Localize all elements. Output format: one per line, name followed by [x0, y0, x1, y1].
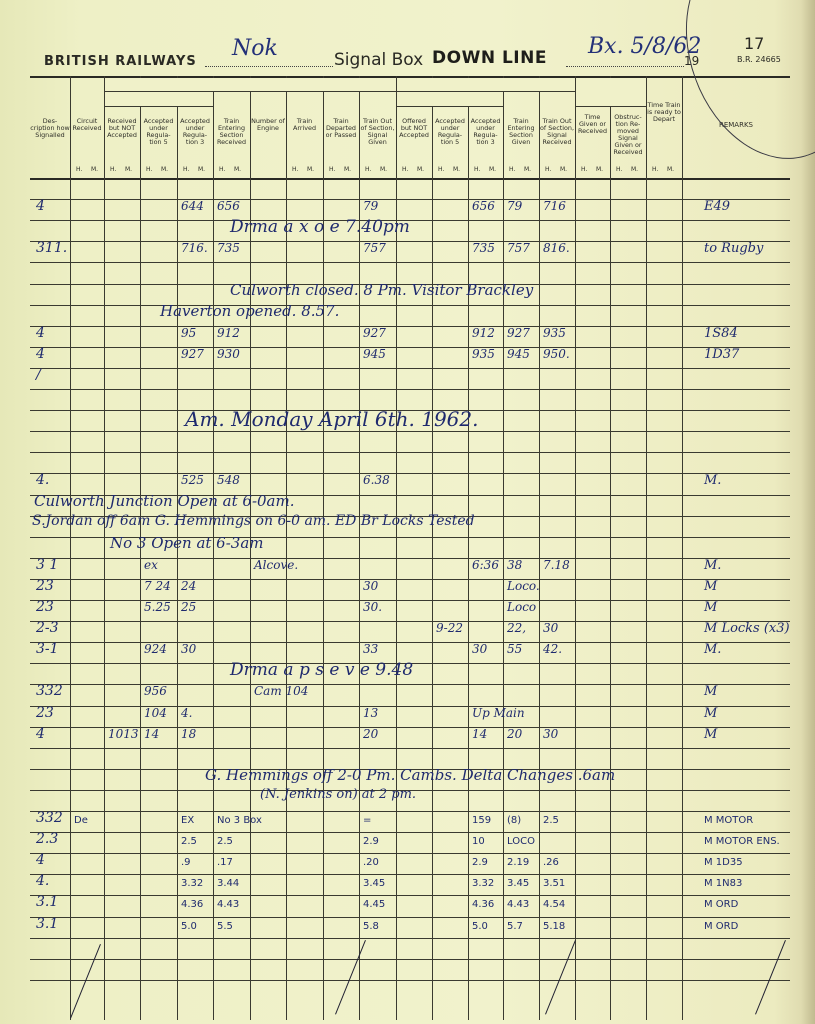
cell-remarks: M. [704, 642, 721, 657]
cancel-stroke [545, 940, 576, 1015]
cell-adv_out: .26 [543, 857, 559, 868]
cell-rear_entering: 912 [217, 326, 240, 340]
cell-rear_acc_reg3: 30 [181, 642, 196, 656]
cell-remarks: M MOTOR ENS. [704, 836, 780, 847]
cell-adv_entering: 5.7 [507, 921, 523, 932]
row-rule [30, 811, 790, 812]
cell-rear_recv_not_acc: 1013 [108, 727, 139, 741]
hour-label: H. [438, 166, 444, 173]
cell-rear_acc_reg3: 644 [181, 199, 204, 213]
cell-remarks: 1D37 [704, 347, 739, 362]
cell-adv_out: 716 [543, 199, 566, 213]
cell-rear_out: 945 [363, 347, 386, 361]
row-description: 4. [36, 472, 49, 488]
cell-remarks: M 1N83 [704, 878, 742, 889]
cell-adv_entering: 22, [507, 621, 526, 635]
cell-adv_entering: 79 [507, 199, 522, 213]
row-rule [30, 347, 790, 348]
stamp-arc-mark [657, 0, 815, 183]
column-header-adv_acc_reg3: Accepted under Regula- tion 3 [468, 118, 503, 146]
row-description: 23 [36, 599, 54, 615]
cell-adv_acc_reg3: 6:36 [472, 558, 499, 572]
cell-adv_out: 935 [543, 326, 566, 340]
row-description: 4 [36, 726, 45, 742]
minute-label: M. [560, 166, 567, 173]
row-description: 3.1 [36, 916, 58, 932]
cell-adv_entering: 20 [507, 727, 522, 741]
handwritten-note: S.Jordan off 6am G. Hemmings on 6-0 am. … [32, 513, 475, 529]
column-header-engine_no: Number of Engine [250, 118, 286, 132]
minute-label: M. [631, 166, 638, 173]
handwritten-note: Haverton opened. 8.57. [160, 302, 339, 320]
cell-rear_acc_reg5: 104 [144, 706, 167, 720]
row-rule [30, 621, 790, 622]
cell-rear_acc_reg3: 95 [181, 326, 196, 340]
cell-rear_entering: 656 [217, 199, 240, 213]
cell-adv_entering: 927 [507, 326, 530, 340]
cell-engine_no: Cam 104 [254, 684, 308, 698]
hour-label: H. [110, 166, 116, 173]
handwritten-note: Am. Monday April 6th. 1962. [185, 407, 478, 431]
column-divider [503, 76, 504, 1020]
cell-rear_entering: .17 [217, 857, 233, 868]
block-back-rule [575, 106, 646, 107]
cell-adv_acc_reg3: 10 [472, 836, 485, 847]
column-header-adv_entering: Train Entering Section Given [503, 118, 539, 146]
hour-label: H. [581, 166, 587, 173]
column-header-rear_entering: Train Entering Section Received [213, 118, 250, 146]
cell-adv_entering: 55 [507, 642, 522, 656]
cell-rear_acc_reg3: 3.32 [181, 878, 203, 889]
hour-label: H. [652, 166, 658, 173]
row-rule [30, 431, 790, 432]
signal-box-register-page: BRITISH RAILWAYS Nok Signal Box DOWN LIN… [0, 0, 815, 1024]
cell-rear_out: 20 [363, 727, 378, 741]
cell-adv_out: 30 [543, 727, 558, 741]
hour-label: H. [402, 166, 408, 173]
cell-adv_acc_reg3: 2.9 [472, 857, 488, 868]
column-header-bb_time: Time Given or Received [575, 114, 610, 135]
minute-label: M. [667, 166, 674, 173]
cell-rear_acc_reg5: ex [144, 558, 158, 572]
hour-label: H. [545, 166, 551, 173]
cell-rear_acc_reg3: 5.0 [181, 921, 197, 932]
row-description: 4 [36, 325, 45, 341]
cancel-stroke [755, 940, 786, 1015]
row-rule [30, 853, 790, 854]
cell-remarks: M 1D35 [704, 857, 743, 868]
cell-adv_acc_reg3: 30 [472, 642, 487, 656]
cell-adv_entering: 4.43 [507, 899, 529, 910]
cell-rear_entering: 2.5 [217, 836, 233, 847]
cell-adv_entering: LOCO [507, 836, 535, 847]
row-description: / [36, 367, 41, 383]
column-divider [468, 76, 469, 1020]
row-description: 3-1 [36, 641, 59, 657]
row-description: 332 [36, 683, 63, 699]
cell-rear_acc_reg3: EX [181, 815, 194, 826]
cell-rear_out: 6.38 [363, 473, 390, 487]
cell-remarks: M [704, 579, 717, 594]
column-divider [539, 76, 540, 1020]
row-rule [30, 241, 790, 242]
row-rule [30, 326, 790, 327]
cell-rear_out: 30. [363, 600, 382, 614]
header-span-patch [397, 78, 575, 91]
cell-adv_entering: 2.19 [507, 857, 529, 868]
column-header-rear_out: Train Out of Section, Signal Given [359, 118, 396, 146]
hour-label: H. [76, 166, 82, 173]
minute-label: M. [125, 166, 132, 173]
row-rule [30, 199, 790, 200]
minute-label: M. [91, 166, 98, 173]
row-rule [30, 262, 790, 263]
cell-remarks: M [704, 600, 717, 615]
cell-rear_entering: 735 [217, 241, 240, 255]
header-span-patch [105, 78, 396, 91]
row-rule [30, 917, 790, 918]
signal-box-name-handwritten: Nok [232, 36, 278, 61]
minute-label: M. [198, 166, 205, 173]
handwritten-note: Drma a x o e 7.40pm [230, 217, 410, 237]
row-rule [30, 895, 790, 896]
hour-label: H. [146, 166, 152, 173]
row-rule [30, 874, 790, 875]
cell-rear_entering: 930 [217, 347, 240, 361]
cell-rear_out: 4.45 [363, 899, 385, 910]
column-divider [610, 76, 611, 1020]
minute-label: M. [417, 166, 424, 173]
handwritten-note: Drma a p s e v e 9.48 [230, 660, 413, 680]
cell-remarks: M [704, 727, 717, 742]
cell-rear_entering: 4.43 [217, 899, 239, 910]
cell-remarks: to Rugby [704, 241, 763, 256]
handwritten-note: Culworth Junction Open at 6-0am. [34, 492, 295, 510]
cell-adv_entering: 757 [507, 241, 530, 255]
hour-label: H. [292, 166, 298, 173]
cell-adv_entering: 38 [507, 558, 522, 572]
cell-remarks: E49 [704, 199, 730, 214]
handwritten-note: Culworth closed. 8 Pm. Visitor Brackley [230, 281, 533, 299]
hour-label: H. [474, 166, 480, 173]
column-header-description: Des- cription how Signalled [30, 118, 70, 139]
line-label: DOWN LINE [432, 48, 547, 68]
date-field [566, 58, 684, 67]
hour-label: H. [219, 166, 225, 173]
cell-adv_out: 3.51 [543, 878, 565, 889]
cell-rear_out: 5.8 [363, 921, 379, 932]
cell-remarks: M ORD [704, 921, 738, 932]
cell-adv_acc_reg3: 4.36 [472, 899, 494, 910]
cell-circuit: De [74, 815, 88, 826]
cell-rear_acc_reg5: 956 [144, 684, 167, 698]
cell-remarks: M [704, 684, 717, 699]
cell-adv_acc_reg3: Up Main [472, 706, 525, 720]
cell-adv_acc_reg5: 9-22 [436, 621, 463, 635]
row-rule [30, 748, 790, 749]
column-header-arrived: Train Arrived [286, 118, 323, 132]
minute-label: M. [307, 166, 314, 173]
handwritten-note: No 3 Open at 6-3am [110, 534, 264, 552]
cell-adv_acc_reg3: 656 [472, 199, 495, 213]
row-rule [30, 959, 790, 960]
signal-box-label: Signal Box [334, 50, 423, 70]
cell-rear_out: .20 [363, 857, 379, 868]
cell-adv_out: 5.18 [543, 921, 565, 932]
hour-label: H. [329, 166, 335, 173]
minute-label: M. [489, 166, 496, 173]
cell-remarks: M ORD [704, 899, 738, 910]
cancel-stroke [335, 940, 366, 1015]
column-divider [432, 76, 433, 1020]
row-description: 4 [36, 852, 45, 868]
row-description: 3 1 [36, 557, 58, 573]
row-description: 4 [36, 346, 45, 362]
cell-adv_acc_reg3: 935 [472, 347, 495, 361]
hour-label: H. [616, 166, 622, 173]
cell-adv_entering: Loco [507, 600, 536, 614]
minute-label: M. [596, 166, 603, 173]
cell-adv_out: 30 [543, 621, 558, 635]
handwritten-note: G. Hemmings off 2-0 Pm. Cambs. Delta Cha… [205, 766, 615, 784]
cell-remarks: M Locks (x3) [704, 621, 790, 636]
minute-label: M. [161, 166, 168, 173]
cell-rear_acc_reg3: 927 [181, 347, 204, 361]
cell-rear_out: 79 [363, 199, 378, 213]
cell-adv_acc_reg3: 5.0 [472, 921, 488, 932]
is-line-clear-rule [104, 106, 213, 107]
cell-rear_entering: 3.44 [217, 878, 239, 889]
header-span-patch [576, 78, 646, 106]
cell-adv_entering: (8) [507, 815, 521, 826]
row-rule [30, 980, 790, 981]
column-header-circuit: Circuit Received [70, 118, 104, 132]
column-header-adv_out: Train Out of Section, Signal Received [539, 118, 575, 146]
row-rule [30, 938, 790, 939]
cell-remarks: M. [704, 473, 721, 488]
cell-rear_acc_reg3: 4. [181, 706, 192, 720]
cell-rear_out: 757 [363, 241, 386, 255]
cancel-stroke [70, 944, 101, 1019]
row-description: 4 [36, 198, 45, 214]
cell-rear_out: 33 [363, 642, 378, 656]
row-rule [30, 832, 790, 833]
row-description: 23 [36, 578, 54, 594]
column-header-rear_acc_reg3: Accepted under Regula- tion 3 [177, 118, 213, 146]
cell-adv_acc_reg3: 159 [472, 815, 491, 826]
cell-rear_entering: No 3 Box [217, 815, 262, 826]
minute-label: M. [344, 166, 351, 173]
column-divider [682, 76, 683, 1020]
cell-rear_entering: 548 [217, 473, 240, 487]
column-header-departed: Train Departed or Passed [323, 118, 359, 139]
row-description: 2.3 [36, 831, 58, 847]
row-rule [30, 389, 790, 390]
cell-rear_acc_reg3: 18 [181, 727, 196, 741]
cell-engine_no: Alcove. [254, 558, 298, 572]
row-description: 23 [36, 705, 54, 721]
column-divider [575, 76, 576, 1020]
cell-adv_out: 816. [543, 241, 570, 255]
cell-adv_out: 42. [543, 642, 562, 656]
cell-rear_out: = [363, 815, 371, 826]
column-divider [646, 76, 647, 1020]
cell-rear_acc_reg3: 525 [181, 473, 204, 487]
row-description: 4. [36, 873, 49, 889]
row-rule [30, 452, 790, 453]
hour-label: H. [509, 166, 515, 173]
cell-rear_acc_reg5: 7 24 [144, 579, 171, 593]
row-description: 332 [36, 810, 63, 826]
cell-adv_acc_reg3: 912 [472, 326, 495, 340]
cell-rear_out: 13 [363, 706, 378, 720]
minute-label: M. [524, 166, 531, 173]
cell-rear_out: 927 [363, 326, 386, 340]
row-description: 2-3 [36, 620, 59, 636]
cell-adv_entering: 945 [507, 347, 530, 361]
cell-adv_acc_reg3: 735 [472, 241, 495, 255]
column-divider [70, 76, 71, 1020]
row-description: 3.1 [36, 894, 58, 910]
hour-label: H. [365, 166, 371, 173]
cell-adv_out: 2.5 [543, 815, 559, 826]
cell-rear_out: 30 [363, 579, 378, 593]
cell-adv_out: 950. [543, 347, 570, 361]
header-span-patch [105, 92, 213, 106]
cell-rear_acc_reg3: 24 [181, 579, 196, 593]
cell-adv_out: 7.18 [543, 558, 570, 572]
column-header-rear_acc_reg5: Accepted under Regula- tion 5 [140, 118, 177, 146]
row-description: 311. [36, 240, 67, 256]
column-divider [104, 76, 105, 1020]
cell-remarks: M. [704, 558, 721, 573]
cell-rear_acc_reg5: 5.25 [144, 600, 171, 614]
row-rule [30, 220, 790, 221]
cell-rear_acc_reg5: 924 [144, 642, 167, 656]
cell-adv_acc_reg3: 14 [472, 727, 487, 741]
cell-rear_out: 2.9 [363, 836, 379, 847]
header-span-patch [397, 92, 503, 106]
brand-label: BRITISH RAILWAYS [44, 54, 197, 69]
row-rule [30, 305, 790, 306]
minute-label: M. [234, 166, 241, 173]
cell-adv_out: 4.54 [543, 899, 565, 910]
cell-remarks: M [704, 706, 717, 721]
column-header-adv_offered_not_acc: Offered but NOT Accepted [396, 118, 432, 139]
handwritten-note: (N. Jenkins on) at 2 pm. [260, 787, 416, 802]
is-line-clear-rule [396, 106, 503, 107]
minute-label: M. [453, 166, 460, 173]
minute-label: M. [380, 166, 387, 173]
cell-rear_acc_reg3: 2.5 [181, 836, 197, 847]
row-rule [30, 473, 790, 474]
hour-label: H. [183, 166, 189, 173]
cell-adv_entering: Loco. [507, 579, 540, 593]
cell-rear_entering: 5.5 [217, 921, 233, 932]
cell-rear_out: 3.45 [363, 878, 385, 889]
column-header-bb_obstruction: Obstruc- tion Re- moved Signal Given or … [610, 114, 646, 156]
cell-rear_acc_reg3: 4.36 [181, 899, 203, 910]
cell-adv_entering: 3.45 [507, 878, 529, 889]
cell-rear_acc_reg3: .9 [181, 857, 191, 868]
cell-rear_acc_reg5: 14 [144, 727, 159, 741]
column-header-rear_recv_not_acc: Received but NOT Accepted [104, 118, 140, 139]
column-header-adv_acc_reg5: Accepted under Regula- tion 5 [432, 118, 468, 146]
cell-remarks: M MOTOR [704, 815, 753, 826]
column-header-ready: Time Train is ready to Depart [646, 102, 682, 123]
cell-rear_acc_reg3: 25 [181, 600, 196, 614]
cell-remarks: 1S84 [704, 326, 738, 341]
cell-rear_acc_reg3: 716. [181, 241, 208, 255]
row-rule [30, 368, 790, 369]
cell-adv_acc_reg3: 3.32 [472, 878, 494, 889]
